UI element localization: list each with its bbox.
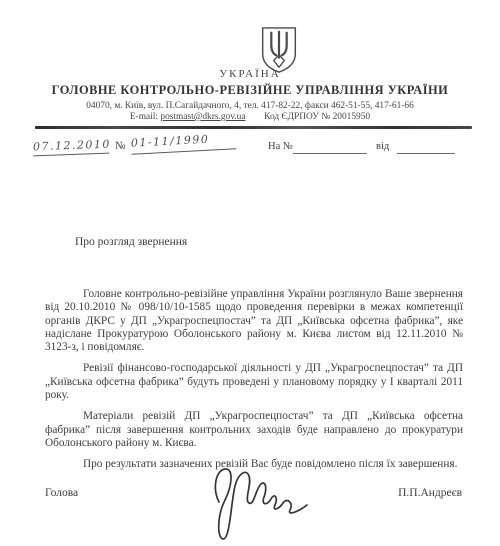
contact-line: E-mail: postmast@dkrs.gov.ua Код ЄДРПОУ … (0, 112, 500, 122)
country-label: УКРАЇНА (0, 68, 500, 80)
paragraph: Ревізії фінансово-господарської діяльнос… (45, 362, 463, 402)
paragraph: Головне контрольно-ревізійне управління … (45, 288, 463, 354)
from-date-blank (397, 141, 455, 154)
edrpou-code: Код ЄДРПОУ № 20015950 (264, 112, 370, 122)
number-sign: № (115, 140, 126, 152)
email-address: postmast@dkrs.gov.ua (160, 112, 245, 122)
scanned-letter-page: УКРАЇНА ГОЛОВНЕ КОНТРОЛЬНО-РЕВІЗІЙНЕ УПР… (0, 0, 500, 546)
ukraine-trident-emblem-icon (258, 26, 300, 74)
organization-name: ГОЛОВНЕ КОНТРОЛЬНО-РЕВІЗІЙНЕ УПРАВЛІННЯ … (0, 83, 500, 98)
paragraph: Матеріали ревізій ДП „Украгроспецпостач”… (45, 410, 463, 450)
signer-name: П.П.Андреєв (398, 487, 462, 499)
handwritten-signature (203, 456, 315, 544)
handwritten-date: 07.12.2010 (33, 138, 110, 157)
reference-row: 07.12.2010 № 01-11/1990 На № від (0, 136, 500, 160)
handwritten-outgoing-number: 01-11/1990 (131, 131, 237, 154)
letter-subject: Про розгляд звернення (75, 236, 187, 248)
incoming-number-label: На № (268, 141, 293, 152)
incoming-number-blank (293, 141, 367, 154)
organization-address: 04070, м. Київ, вул. П.Сагайдачного, 4, … (0, 101, 500, 111)
letter-body: Головне контрольно-ревізійне управління … (45, 288, 463, 480)
header-divider-rule (35, 126, 472, 129)
signer-title: Голова (45, 487, 78, 499)
from-date-label: від (376, 141, 389, 152)
email-label: E-mail: (130, 112, 158, 122)
